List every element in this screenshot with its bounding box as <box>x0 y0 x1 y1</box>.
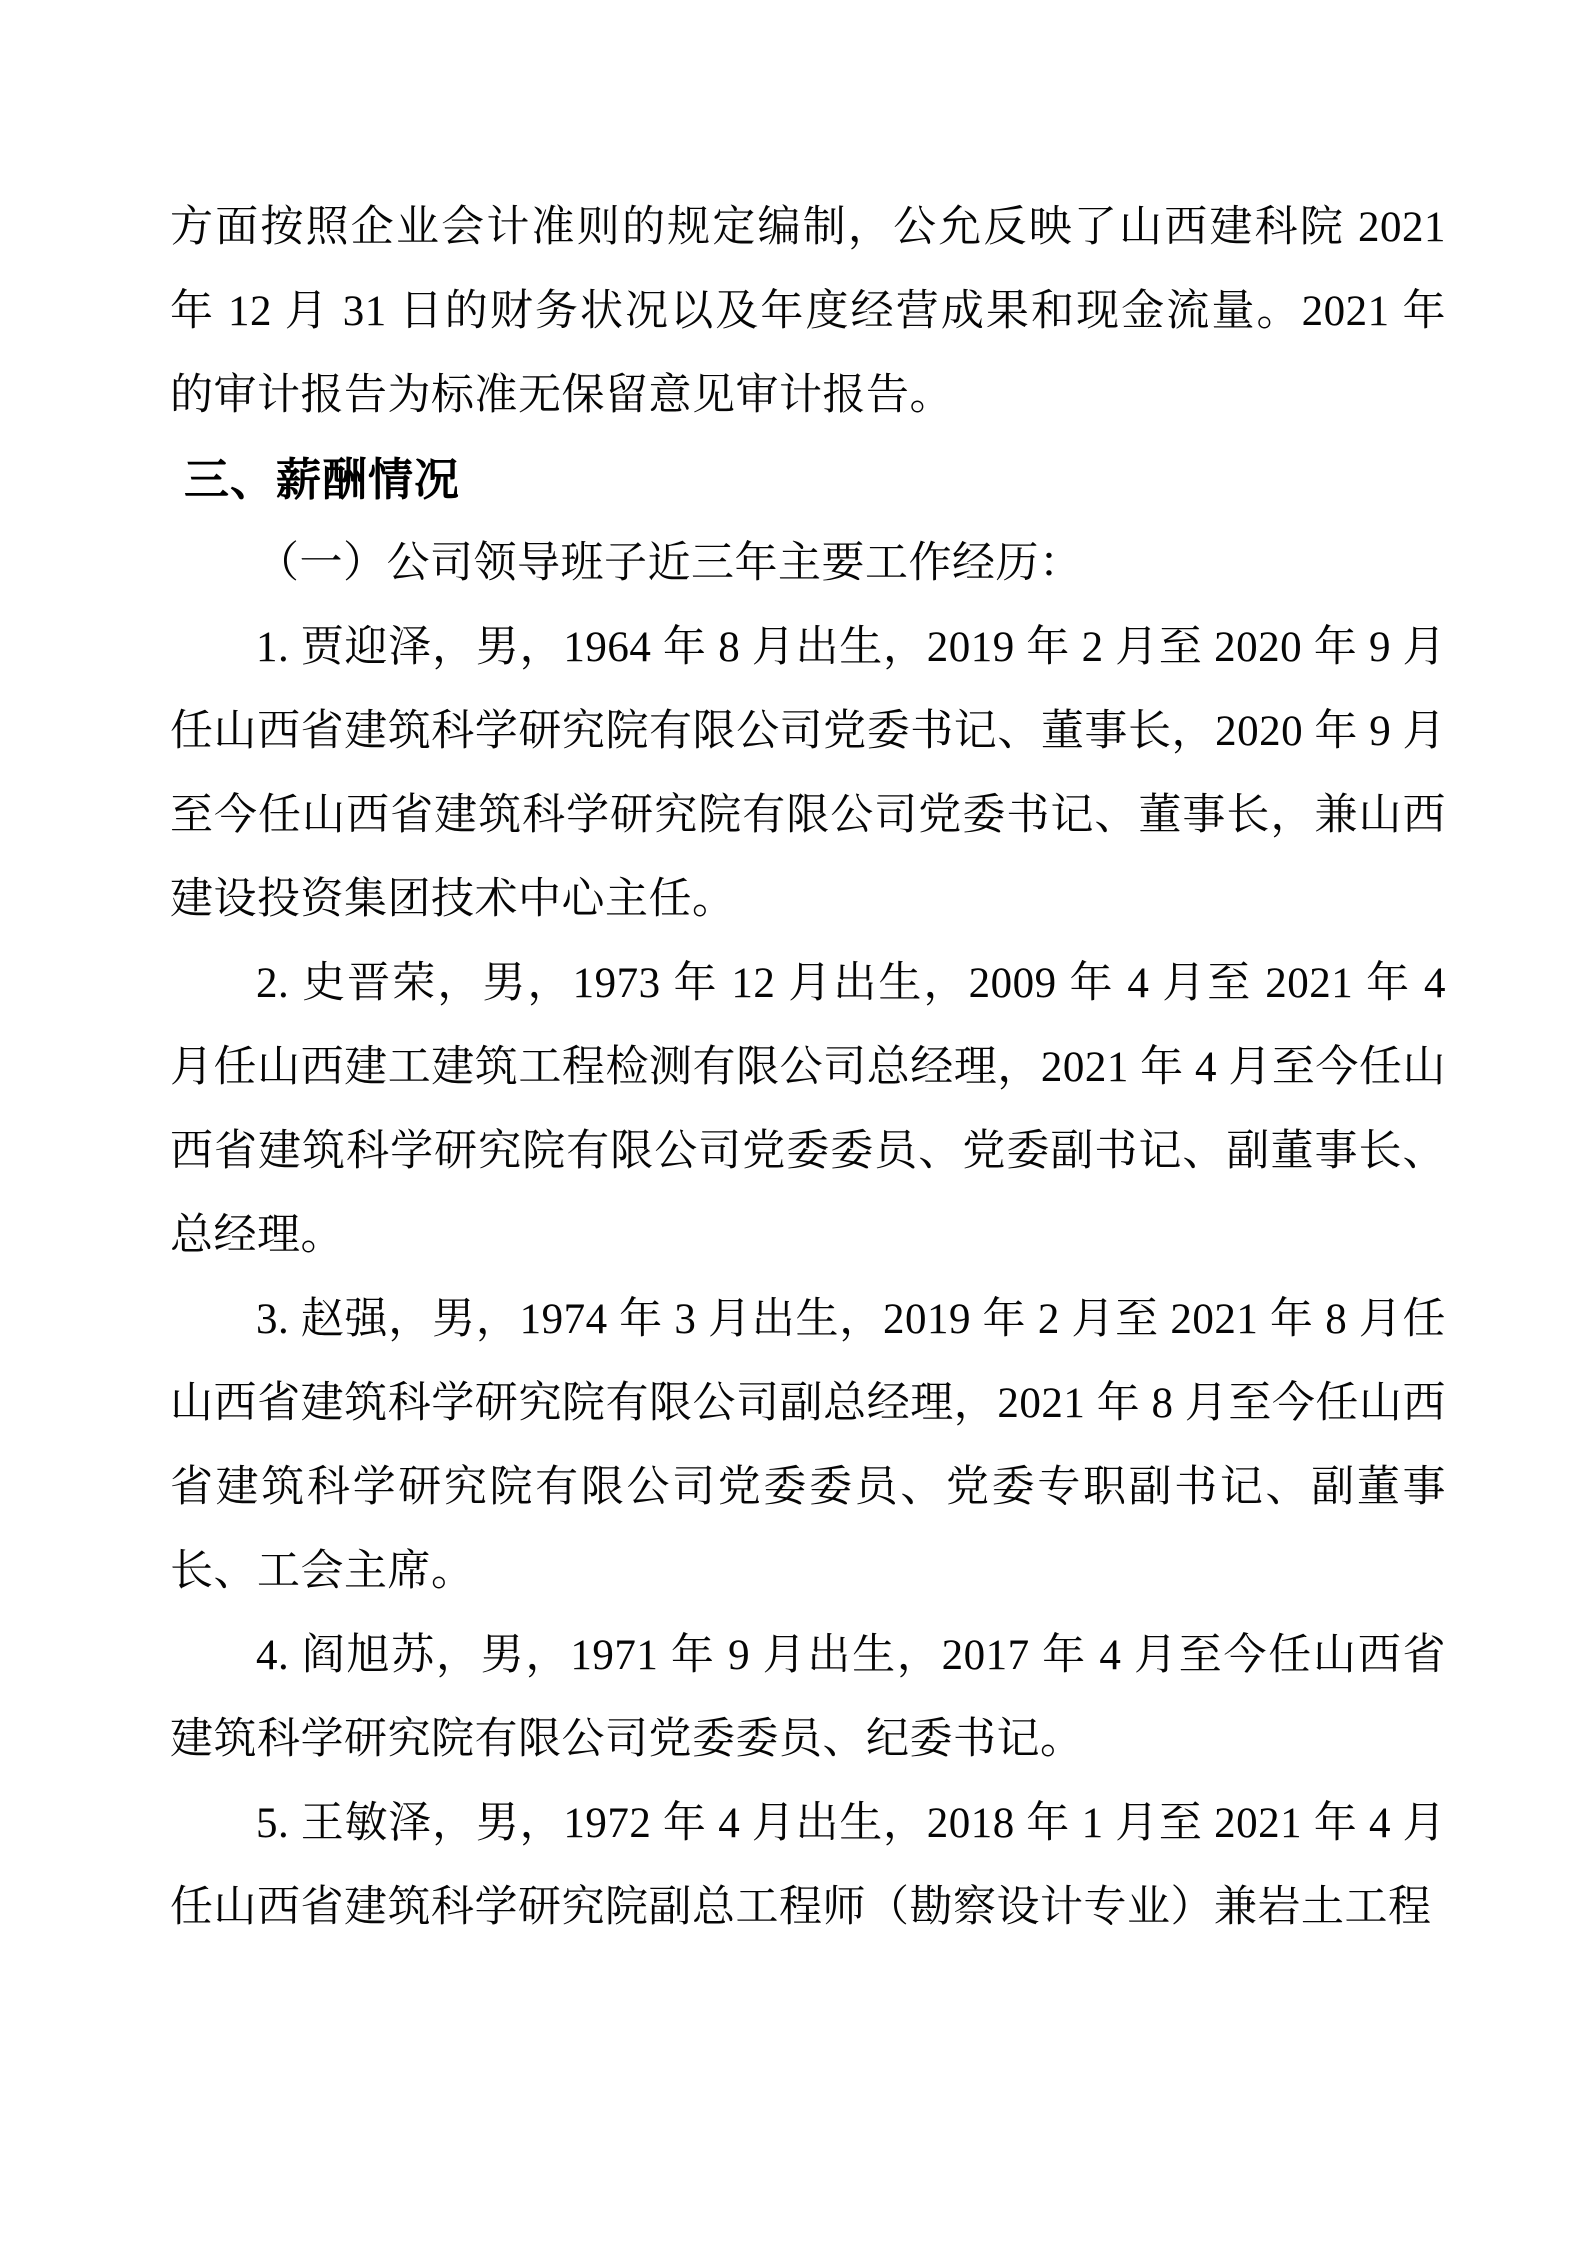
paragraph-audit-conclusion: 方面按照企业会计准则的规定编制，公允反映了山西建科院 2021 年 12 月 3… <box>170 186 1446 438</box>
paragraph-leader-5-wang-minze: 5. 王敏泽，男，1972 年 4 月出生，2018 年 1 月至 2021 年… <box>170 1782 1446 1950</box>
paragraph-leader-2-shi-jinrong: 2. 史晋荣，男，1973 年 12 月出生，2009 年 4 月至 2021 … <box>170 942 1446 1278</box>
paragraph-leader-4-yan-xusu: 4. 阎旭苏，男，1971 年 9 月出生，2017 年 4 月至今任山西省建筑… <box>170 1614 1446 1782</box>
document-page: 方面按照企业会计准则的规定编制，公允反映了山西建科院 2021 年 12 月 3… <box>0 0 1587 2245</box>
document-text-block: 方面按照企业会计准则的规定编制，公允反映了山西建科院 2021 年 12 月 3… <box>0 0 1587 1950</box>
section-heading-salary: 三、薪酬情况 <box>170 438 1446 522</box>
paragraph-leadership-intro: （一）公司领导班子近三年主要工作经历： <box>170 522 1446 606</box>
paragraph-leader-1-jia-yingze: 1. 贾迎泽，男，1964 年 8 月出生，2019 年 2 月至 2020 年… <box>170 606 1446 942</box>
paragraph-leader-3-zhao-qiang: 3. 赵强，男，1974 年 3 月出生，2019 年 2 月至 2021 年 … <box>170 1278 1446 1614</box>
